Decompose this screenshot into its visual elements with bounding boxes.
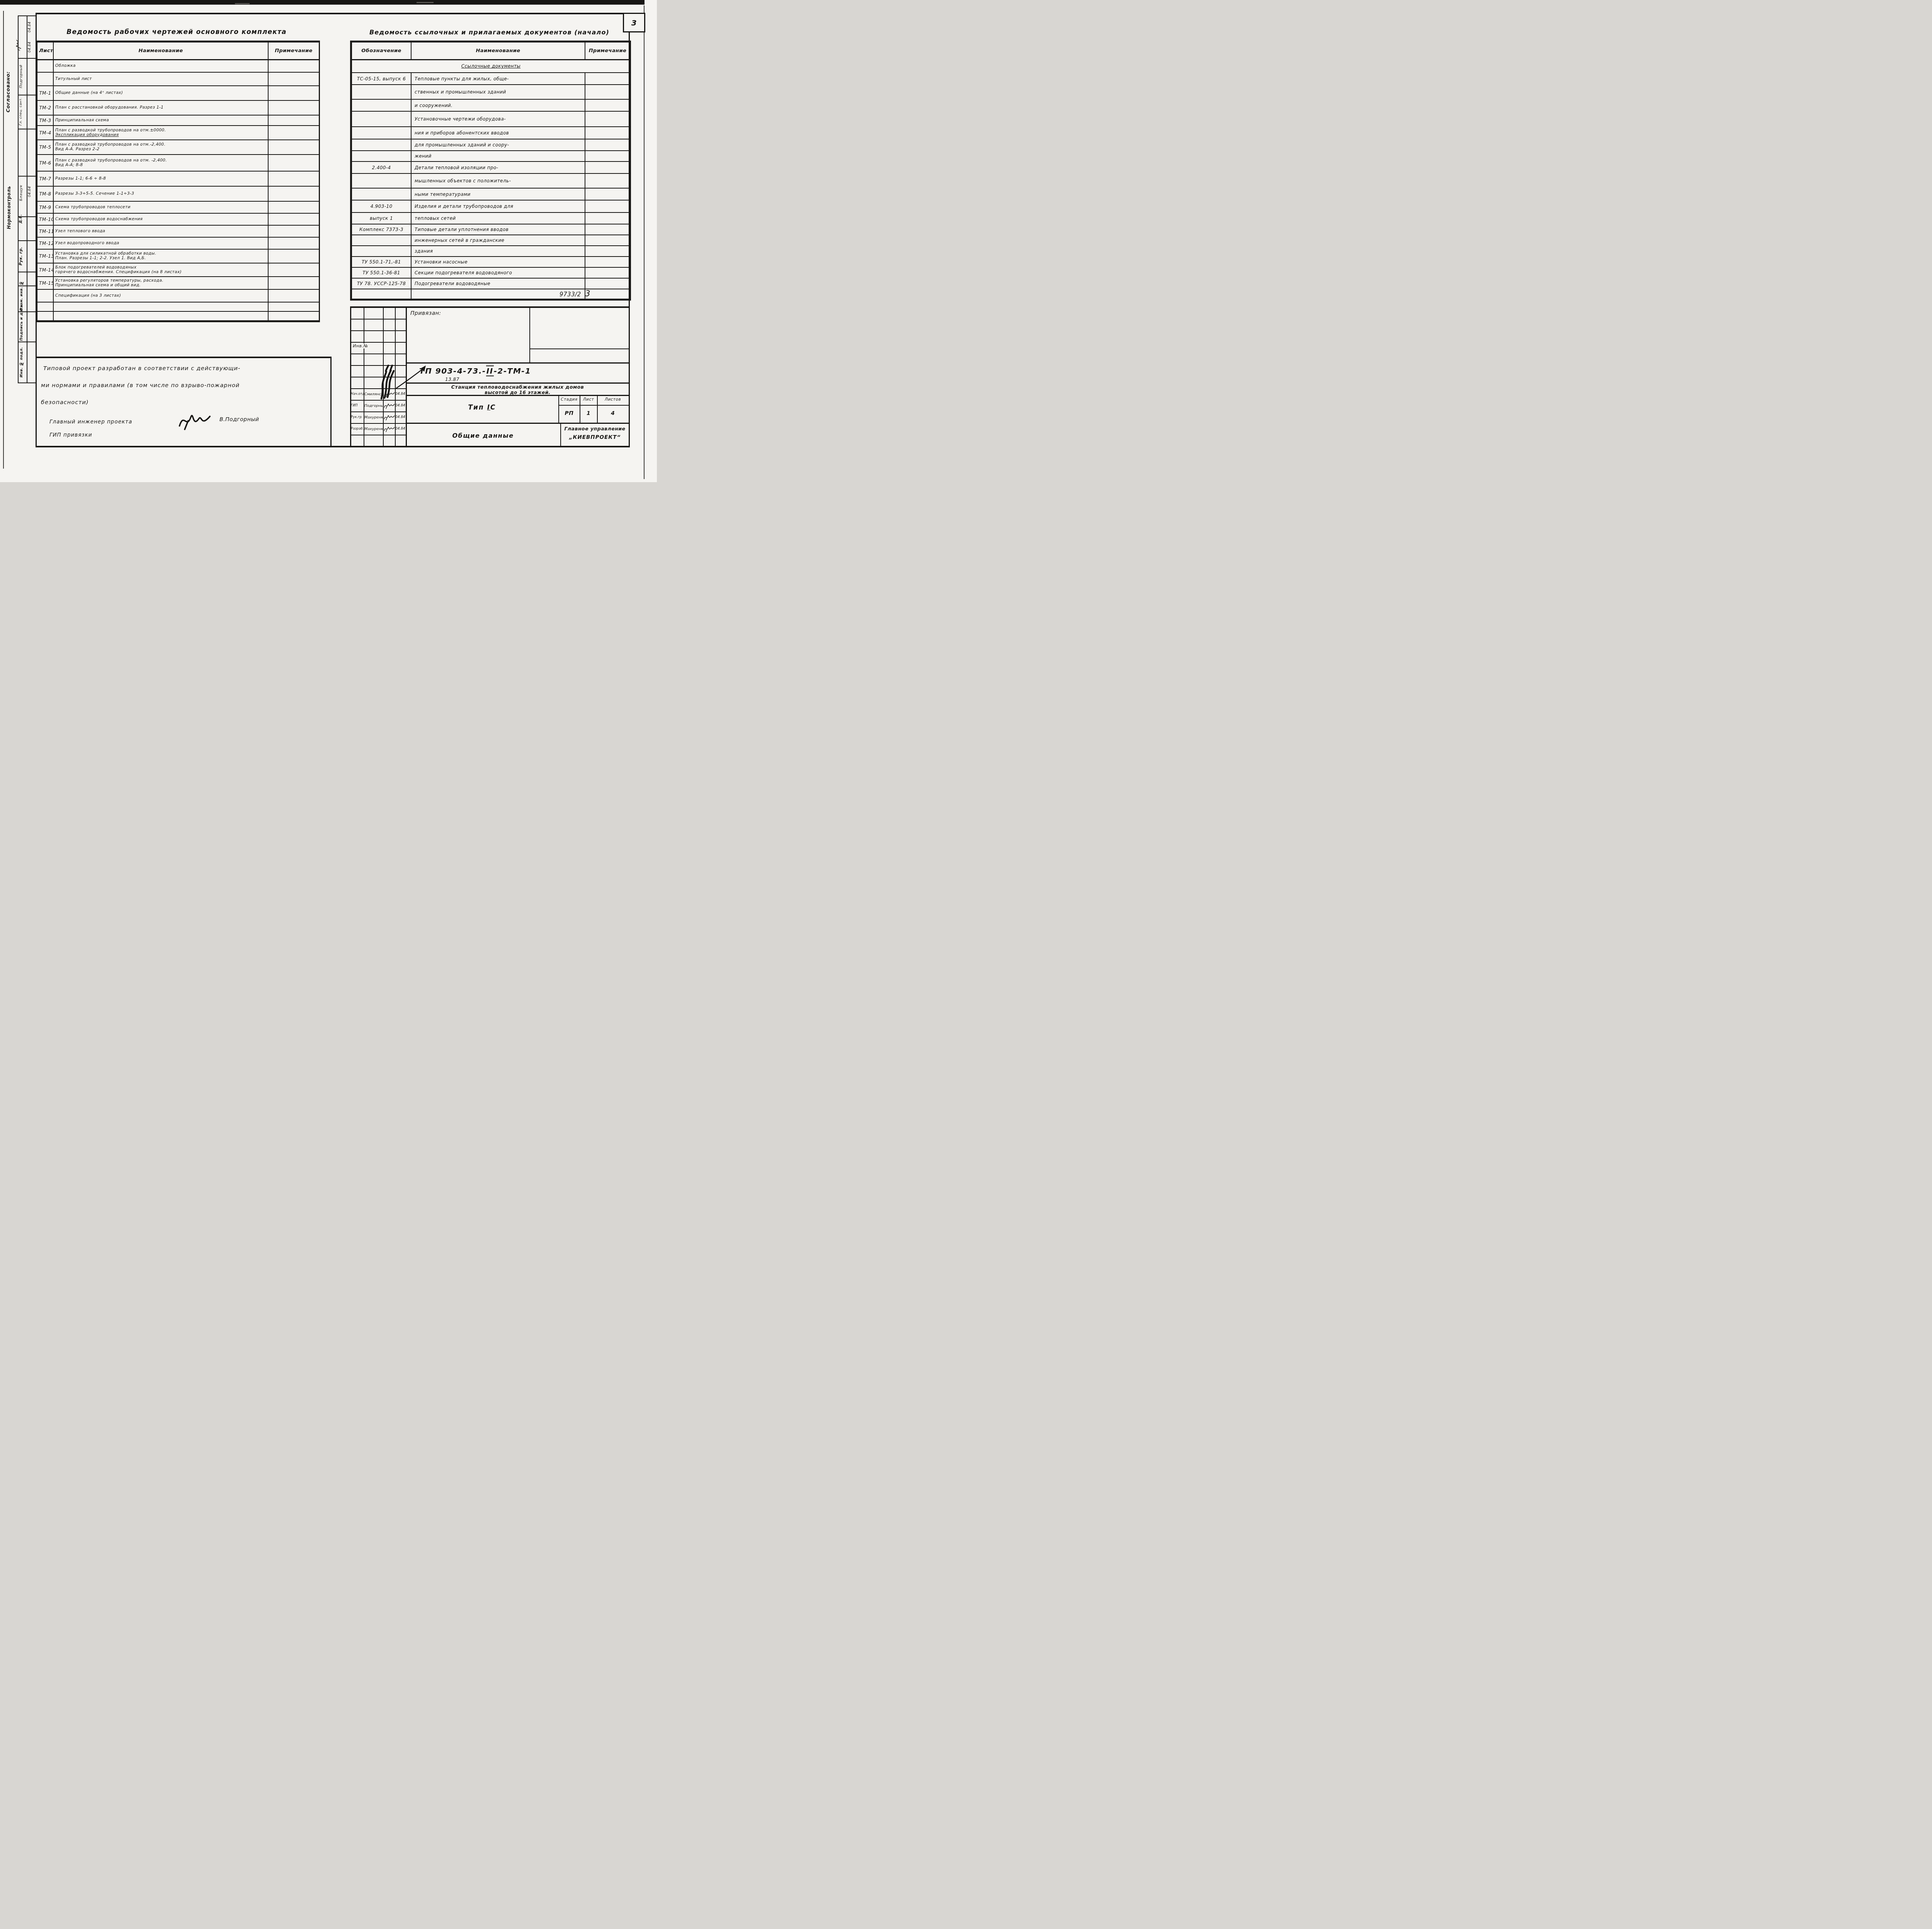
document-name: Типовые детали уплотнения вводов bbox=[411, 224, 585, 235]
sheet-header: Лист bbox=[580, 397, 597, 402]
privyazan-label: Привязан: bbox=[410, 310, 441, 316]
note-cell bbox=[268, 249, 319, 263]
document-code bbox=[352, 85, 411, 99]
sidebar-approver-role: Гл. спец. сант. bbox=[19, 95, 26, 128]
note-cell bbox=[268, 225, 319, 237]
drawing-name: План с расстановкой оборудования. Разрез… bbox=[53, 100, 268, 115]
document-code bbox=[352, 188, 411, 200]
note-cell bbox=[268, 237, 319, 249]
note-cell bbox=[585, 188, 630, 200]
drawing-name: Блок подогревателей водоводяных горячего… bbox=[53, 263, 268, 277]
document-code bbox=[352, 127, 411, 139]
document-name: жений bbox=[411, 151, 585, 161]
stage-value: РП bbox=[559, 410, 580, 416]
grid-line bbox=[558, 405, 629, 406]
drawing-name: Титульный лист bbox=[53, 72, 268, 86]
drawing-name: Обложка bbox=[53, 59, 268, 72]
document-code bbox=[352, 151, 411, 161]
project-name-line1: Станция тепловодоснабжения жилых домов bbox=[406, 384, 629, 390]
working-drawings-table: Лист Наименование Примечание Обложка bbox=[36, 41, 320, 322]
drawing-name: Принципиальная схема bbox=[53, 115, 268, 126]
titleblock-top bbox=[350, 306, 629, 308]
drawing-name: Разрезы 1-1; 6-6 ÷ 8-8 bbox=[53, 171, 268, 186]
note-cell bbox=[268, 155, 319, 171]
grid-line bbox=[350, 330, 406, 331]
note-line: ми нормами и правилами (в том числе по в… bbox=[41, 382, 240, 389]
document-name: для промышленных зданий и соору- bbox=[411, 139, 585, 151]
grid-line bbox=[350, 342, 406, 343]
grid-line bbox=[350, 354, 406, 354]
sidebar-approver-name: Подгорный bbox=[19, 60, 26, 93]
table-row: ственных и промышленных зданий bbox=[352, 85, 630, 99]
drawing-name: Общие данные (на 4ˣ листах) bbox=[53, 86, 268, 100]
note-cell bbox=[268, 289, 319, 302]
document-code bbox=[352, 289, 411, 299]
table-row: ТС-05-15, выпуск 6 Тепловые пункты для ж… bbox=[352, 73, 630, 85]
table-row: 2.400-4 Детали тепловой изоляции про- bbox=[352, 161, 630, 173]
document-code bbox=[352, 111, 411, 127]
note-block-top bbox=[36, 357, 331, 358]
document-name: ственных и промышленных зданий bbox=[411, 85, 585, 99]
col-header-name: Наименование bbox=[411, 42, 585, 59]
drawing-name: Установка регуляторов температуры, расхо… bbox=[53, 277, 268, 289]
table-row: ТМ-12 Узел водопроводного ввода bbox=[37, 237, 319, 249]
inventory-label: Инв.№ bbox=[352, 343, 369, 348]
document-code bbox=[352, 99, 411, 111]
note-cell bbox=[585, 224, 630, 235]
sheet-number: ТМ-5 bbox=[37, 140, 53, 155]
table-row: ТМ-10 Схема трубопроводов водоснабжения bbox=[37, 213, 319, 225]
note-cell bbox=[585, 278, 630, 289]
table-row: ТУ 550.1-71,-81 Установки насосные bbox=[352, 257, 630, 267]
document-name: тепловых сетей bbox=[411, 212, 585, 224]
table-row: ТМ-5 План с разводкой трубопроводов на о… bbox=[37, 140, 319, 155]
col-header-note: Примечание bbox=[585, 42, 630, 59]
table-row: Комплекс 7373-3 Типовые детали уплотнени… bbox=[352, 224, 630, 235]
table-row: ТУ 550.1-36-81 Секции подогревателя водо… bbox=[352, 267, 630, 278]
document-name: ния и приборов абонентских вводов bbox=[411, 127, 585, 139]
table-row: жений bbox=[352, 151, 630, 161]
drawing-name: План с разводкой трубопроводов на отм. -… bbox=[53, 155, 268, 171]
sidebar-normcontrol: Нормоконтроль bbox=[6, 176, 16, 240]
frame-bottom bbox=[36, 446, 630, 447]
sheet-number: ТМ-1 bbox=[37, 86, 53, 100]
table-row: Спецификация (на 3 листах) bbox=[37, 289, 319, 302]
table-row: мышленных объектов с положитель- bbox=[352, 173, 630, 188]
note-cell bbox=[268, 186, 319, 201]
grid-line bbox=[350, 435, 406, 435]
document-code: ТУ 550.1-36-81 bbox=[352, 267, 411, 278]
designation-sub: 13.87 bbox=[445, 377, 459, 382]
sheet-number: ТМ-6 bbox=[37, 155, 53, 171]
table-row: Титульный лист bbox=[37, 72, 319, 86]
note-cell bbox=[585, 289, 630, 299]
document-name: и сооружений. bbox=[411, 99, 585, 111]
document-name: ными температурами bbox=[411, 188, 585, 200]
signature bbox=[384, 413, 395, 421]
note-line: Типовой проект разработан в соответствии… bbox=[43, 365, 240, 372]
type-label: Тип IС bbox=[406, 404, 558, 411]
grid-line bbox=[529, 348, 629, 349]
table-row: ТМ-1 Общие данные (на 4ˣ листах) bbox=[37, 86, 319, 100]
document-code bbox=[352, 235, 411, 246]
document-name bbox=[411, 289, 585, 299]
table-row: ТМ-4 План с разводкой трубопроводов на о… bbox=[37, 126, 319, 140]
sidebar-hline bbox=[18, 272, 36, 272]
drawing-name: Спецификация (на 3 листах) bbox=[53, 289, 268, 302]
note-cell bbox=[268, 100, 319, 115]
sidebar-hline bbox=[18, 58, 36, 59]
note-cell bbox=[585, 267, 630, 278]
document-code: 4.903-10 bbox=[352, 200, 411, 212]
document-code bbox=[352, 139, 411, 151]
gip-signature bbox=[178, 409, 213, 433]
right-table-title: Ведомость ссылочных и прилагаемых докуме… bbox=[350, 29, 629, 36]
archive-number: 9733/2 3 bbox=[560, 289, 590, 298]
note-cell bbox=[585, 111, 630, 127]
table-row: ТМ-13 Установка для силикатной обработки… bbox=[37, 249, 319, 263]
note-cell bbox=[268, 140, 319, 155]
drawing-name: Разрезы 3-3÷5-5. Сечение 1-1÷3-3 bbox=[53, 186, 268, 201]
sidebar-signature bbox=[14, 44, 31, 51]
table-row: ТУ 78. УССР-125-78 Подогреватели водовод… bbox=[352, 278, 630, 289]
document-name: Тепловые пункты для жилых, обще- bbox=[411, 73, 585, 85]
left-table-title: Ведомость рабочих чертежей основного ком… bbox=[36, 28, 318, 36]
drawing-name bbox=[53, 311, 268, 321]
sheet-number bbox=[37, 59, 53, 72]
document-code: ТУ 550.1-71,-81 bbox=[352, 257, 411, 267]
project-name-line2: высотой до 16 этажей. bbox=[406, 390, 629, 395]
scan-right-edge bbox=[644, 5, 645, 479]
organization-line1: Главное управление bbox=[561, 426, 629, 432]
table-row: Обложка bbox=[37, 59, 319, 72]
sheet-number bbox=[37, 302, 53, 311]
stamp-signature-row: Рук.гр. Махуренко 04.84 bbox=[350, 411, 406, 423]
note-cell bbox=[268, 115, 319, 126]
note-cell bbox=[585, 161, 630, 173]
sheet-number: ТМ-3 bbox=[37, 115, 53, 126]
table-row: ТМ-14 Блок подогревателей водоводяных го… bbox=[37, 263, 319, 277]
sheet-number: ТМ-9 bbox=[37, 201, 53, 213]
document-name: Установочные чертежи оборудова- bbox=[411, 111, 585, 127]
note-cell bbox=[268, 263, 319, 277]
sheet-number bbox=[37, 72, 53, 86]
scan-left-edge bbox=[3, 11, 4, 469]
drawing-name bbox=[53, 302, 268, 311]
note-cell bbox=[585, 73, 630, 85]
sidebar-hline bbox=[18, 15, 36, 16]
reference-documents-table: Обозначение Наименование Примечание Ссыл… bbox=[350, 41, 631, 301]
sheet-number: ТМ-14 bbox=[37, 263, 53, 277]
sheet-number: ТМ-13 bbox=[37, 249, 53, 263]
note-cell bbox=[268, 302, 319, 311]
table-row bbox=[37, 302, 319, 311]
sheet-number: ТМ-15 bbox=[37, 277, 53, 289]
gip-name: В.Подгорный bbox=[219, 416, 259, 423]
table-row: ТМ-11 Узел теплового ввода bbox=[37, 225, 319, 237]
document-code: Комплекс 7373-3 bbox=[352, 224, 411, 235]
organization-line2: „КИЕВПРОЕКТ“ bbox=[561, 434, 629, 440]
table-row: выпуск 1 тепловых сетей bbox=[352, 212, 630, 224]
table-row: инженерных сетей в гражданские bbox=[352, 235, 630, 246]
note-cell bbox=[585, 257, 630, 267]
sheet-number bbox=[37, 311, 53, 321]
table-row: ТМ-15 Установка регуляторов температуры,… bbox=[37, 277, 319, 289]
note-cell bbox=[268, 277, 319, 289]
note-cell bbox=[268, 86, 319, 100]
table-row: ТМ-6 План с разводкой трубопроводов на о… bbox=[37, 155, 319, 171]
note-cell bbox=[585, 246, 630, 257]
drawing-name: Узел теплового ввода bbox=[53, 225, 268, 237]
sidebar-normcontrol-date: 04.84 bbox=[28, 181, 35, 202]
sheets-header: Листов bbox=[597, 397, 628, 402]
table-row: для промышленных зданий и соору- bbox=[352, 139, 630, 151]
sidebar-normcontrol-sig: Д.Б. bbox=[19, 211, 26, 227]
sheet-number bbox=[37, 289, 53, 302]
note-cell bbox=[585, 235, 630, 246]
sidebar-ruk-gr: Рук. гр. bbox=[19, 243, 26, 270]
note-cell bbox=[268, 126, 319, 140]
grid-line bbox=[529, 307, 530, 363]
sheet-value: 1 bbox=[580, 410, 597, 416]
sidebar-hline bbox=[18, 176, 36, 177]
sheet-number: ТМ-2 bbox=[37, 100, 53, 115]
note-line: безопасности) bbox=[41, 399, 89, 406]
drawing-name: Установка для силикатной обработки воды.… bbox=[53, 249, 268, 263]
document-code bbox=[352, 246, 411, 257]
document-code: ТУ 78. УССР-125-78 bbox=[352, 278, 411, 289]
sheet-number: ТМ-4 bbox=[37, 126, 53, 140]
table-row: ния и приборов абонентских вводов bbox=[352, 127, 630, 139]
note-cell bbox=[268, 311, 319, 321]
table-row: ТМ-2 План с расстановкой оборудования. Р… bbox=[37, 100, 319, 115]
table-row: и сооружений. bbox=[352, 99, 630, 111]
note-cell bbox=[585, 173, 630, 188]
note-cell bbox=[268, 171, 319, 186]
sheets-value: 4 bbox=[597, 410, 628, 416]
note-cell bbox=[585, 99, 630, 111]
scanned-drawing-sheet: 3 Согласовано: 04.84 04.84 Подгорный Гл.… bbox=[0, 0, 657, 482]
sidebar-hline bbox=[18, 240, 36, 241]
table-row: ТМ-8 Разрезы 3-3÷5-5. Сечение 1-1÷3-3 bbox=[37, 186, 319, 201]
col-header-note: Примечание bbox=[268, 42, 319, 59]
grid-line bbox=[406, 382, 629, 384]
sidebar-date: 04.84 bbox=[28, 18, 35, 36]
note-cell bbox=[585, 139, 630, 151]
document-name: Детали тепловой изоляции про- bbox=[411, 161, 585, 173]
drawing-name: План с разводкой трубопроводов на отм.±0… bbox=[53, 126, 268, 140]
note-block-right bbox=[330, 357, 332, 447]
note-cell bbox=[585, 212, 630, 224]
scan-top-edge-left bbox=[0, 0, 255, 5]
sheet-number: ТМ-7 bbox=[37, 171, 53, 186]
fold-mark-1 bbox=[235, 3, 250, 4]
document-name: Секции подогревателя водоводяного bbox=[411, 267, 585, 278]
table-row: ными температурами bbox=[352, 188, 630, 200]
note-cell bbox=[268, 201, 319, 213]
note-cell bbox=[585, 127, 630, 139]
document-name: Подогреватели водоводяные bbox=[411, 278, 585, 289]
note-cell bbox=[268, 72, 319, 86]
note-cell bbox=[268, 213, 319, 225]
sheet-number: ТМ-8 bbox=[37, 186, 53, 201]
signature bbox=[384, 401, 395, 410]
document-name: Изделия и детали трубопроводов для bbox=[411, 200, 585, 212]
drawing-name: Схема трубопроводов водоснабжения bbox=[53, 213, 268, 225]
col-header-designation: Обозначение bbox=[352, 42, 411, 59]
grid-line bbox=[406, 362, 629, 364]
document-code: выпуск 1 bbox=[352, 212, 411, 224]
stage-header: Стадия bbox=[559, 397, 580, 402]
drawing-name: План с разводкой трубопроводов на отм.-2… bbox=[53, 140, 268, 155]
sidebar-frame-stamp: Инв. № подл. bbox=[19, 342, 29, 382]
grid-line bbox=[406, 423, 629, 424]
document-code: 2.400-4 bbox=[352, 161, 411, 173]
scan-top-edge-right bbox=[253, 0, 645, 5]
document-code: ТС-05-15, выпуск 6 bbox=[352, 73, 411, 85]
table-row: ТМ-3 Принципиальная схема bbox=[37, 115, 319, 126]
sheet-number: ТМ-10 bbox=[37, 213, 53, 225]
grid-line bbox=[406, 395, 629, 396]
table-row: ТМ-7 Разрезы 1-1; 6-6 ÷ 8-8 bbox=[37, 171, 319, 186]
sidebar-soglasovano: Согласовано: bbox=[5, 61, 16, 123]
document-name: здания bbox=[411, 246, 585, 257]
document-name: Установки насосные bbox=[411, 257, 585, 267]
sidebar-hline bbox=[18, 382, 36, 383]
table-row: Установочные чертежи оборудова- bbox=[352, 111, 630, 127]
sidebar-normcontrol-name: Блащук bbox=[19, 177, 26, 209]
fold-mark-2 bbox=[417, 2, 434, 3]
gip2-label: ГИП привязки bbox=[49, 432, 92, 438]
note-cell bbox=[585, 200, 630, 212]
sidebar-frame-stamp: Подпись и дата bbox=[19, 312, 29, 341]
sidebar-hline bbox=[18, 129, 36, 129]
sheet-number: ТМ-11 bbox=[37, 225, 53, 237]
gip-label: Главный инженер проекта bbox=[49, 419, 132, 425]
drawing-name: Узел водопроводного ввода bbox=[53, 237, 268, 249]
sheet-number: ТМ-12 bbox=[37, 237, 53, 249]
document-code bbox=[352, 173, 411, 188]
page-number: 3 bbox=[631, 18, 637, 27]
signature bbox=[384, 425, 395, 433]
document-designation: ТП 903-4-73.-II-2-ТМ-1 bbox=[419, 366, 531, 376]
document-title: Общие данные bbox=[406, 432, 560, 439]
drawing-name: Схема трубопроводов теплосети bbox=[53, 201, 268, 213]
table-row bbox=[37, 311, 319, 321]
note-cell bbox=[585, 151, 630, 161]
sidebar-line-a bbox=[18, 15, 19, 382]
reference-arrow bbox=[394, 363, 429, 392]
document-name: инженерных сетей в гражданские bbox=[411, 235, 585, 246]
stamp-signature-row: Разраб. Махуренко 04.84 bbox=[350, 423, 406, 435]
grid-line bbox=[350, 319, 406, 320]
note-cell bbox=[268, 59, 319, 72]
table-row: 4.903-10 Изделия и детали трубопроводов … bbox=[352, 200, 630, 212]
frame-top bbox=[36, 13, 643, 14]
table-row: здания bbox=[352, 246, 630, 257]
document-name: мышленных объектов с положитель- bbox=[411, 173, 585, 188]
table-row: ТМ-9 Схема трубопроводов теплосети bbox=[37, 201, 319, 213]
note-cell bbox=[585, 85, 630, 99]
section-header: Ссылочные документы bbox=[352, 59, 630, 73]
col-header-name: Наименование bbox=[53, 42, 268, 59]
col-header-sheet: Лист bbox=[37, 42, 53, 59]
